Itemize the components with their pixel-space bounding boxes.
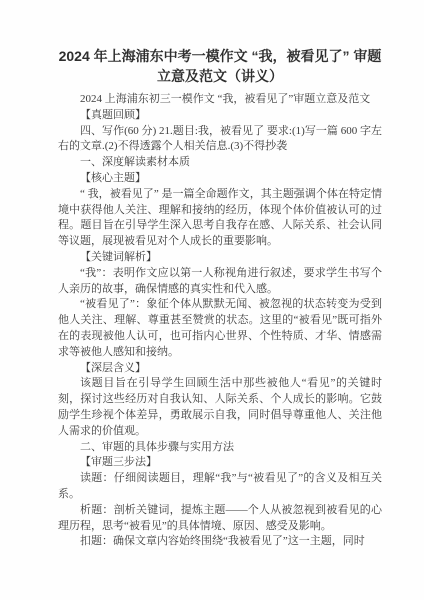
header-keyword-analysis: 【关键词解析】 <box>58 250 382 266</box>
doc-subtitle: 2024 上海浦东初三一模作文 “我，被看见了”审题立意及范文 <box>58 92 382 108</box>
page-title-line-2: 立意及范文（讲义） <box>58 66 382 86</box>
deep-meaning-paragraph: 该题目旨在引导学生回顾生活中那些被他人“看见”的关键时刻，探讨这些经历对自我认知… <box>58 376 382 439</box>
section-title-review-steps: 二、审题的具体步骤与实用方法 <box>58 440 382 456</box>
page-title: 2024 年上海浦东中考一模作文 “我，被看见了” 审题 立意及范文（讲义） <box>58 46 382 86</box>
exam-question-text: 四、写作(60 分) 21.题目:我，被看见了 要求:(1)写一篇 600 字左… <box>58 124 382 156</box>
core-theme-paragraph: “ 我，被看见了” 是一篇全命题作文，其主题强调个体在特定情境中获得他人关注、理… <box>58 187 382 250</box>
document-page: 2024 年上海浦东中考一模作文 “我，被看见了” 审题 立意及范文（讲义） 2… <box>0 0 424 600</box>
step-stick-to-topic-paragraph: 扣题：确保文章内容始终围绕“我被看见了”这一主题，同时 <box>58 534 382 550</box>
page-title-line-1: 2024 年上海浦东中考一模作文 “我，被看见了” 审题 <box>58 46 382 66</box>
header-core-theme: 【核心主题】 <box>58 171 382 187</box>
document-body: 2024 上海浦东初三一模作文 “我，被看见了”审题立意及范文 【真题回顾】 四… <box>58 92 382 550</box>
step-analyze-question-paragraph: 析题：剖析关键词，提炼主题——个人从被忽视到被看见的心理历程，思考“被看见”的具… <box>58 503 382 535</box>
header-deep-meaning: 【深层含义】 <box>58 361 382 377</box>
keyword-me-paragraph: “我”：表明作文应以第一人称视角进行叙述，要求学生书写个人亲历的故事，确保情感的… <box>58 266 382 298</box>
keyword-been-seen-paragraph: “被看见了”：象征个体从默默无闻、被忽视的状态转变为受到他人关注、理解、尊重甚至… <box>58 297 382 360</box>
header-three-step-method: 【审题三步法】 <box>58 455 382 471</box>
step-read-question-paragraph: 读题：仔细阅读题目，理解“我”与“被看见了”的含义及相互关系。 <box>58 471 382 503</box>
section-title-material-essence: 一、深度解读素材本质 <box>58 155 382 171</box>
section-header-exam-recall: 【真题回顾】 <box>58 108 382 124</box>
